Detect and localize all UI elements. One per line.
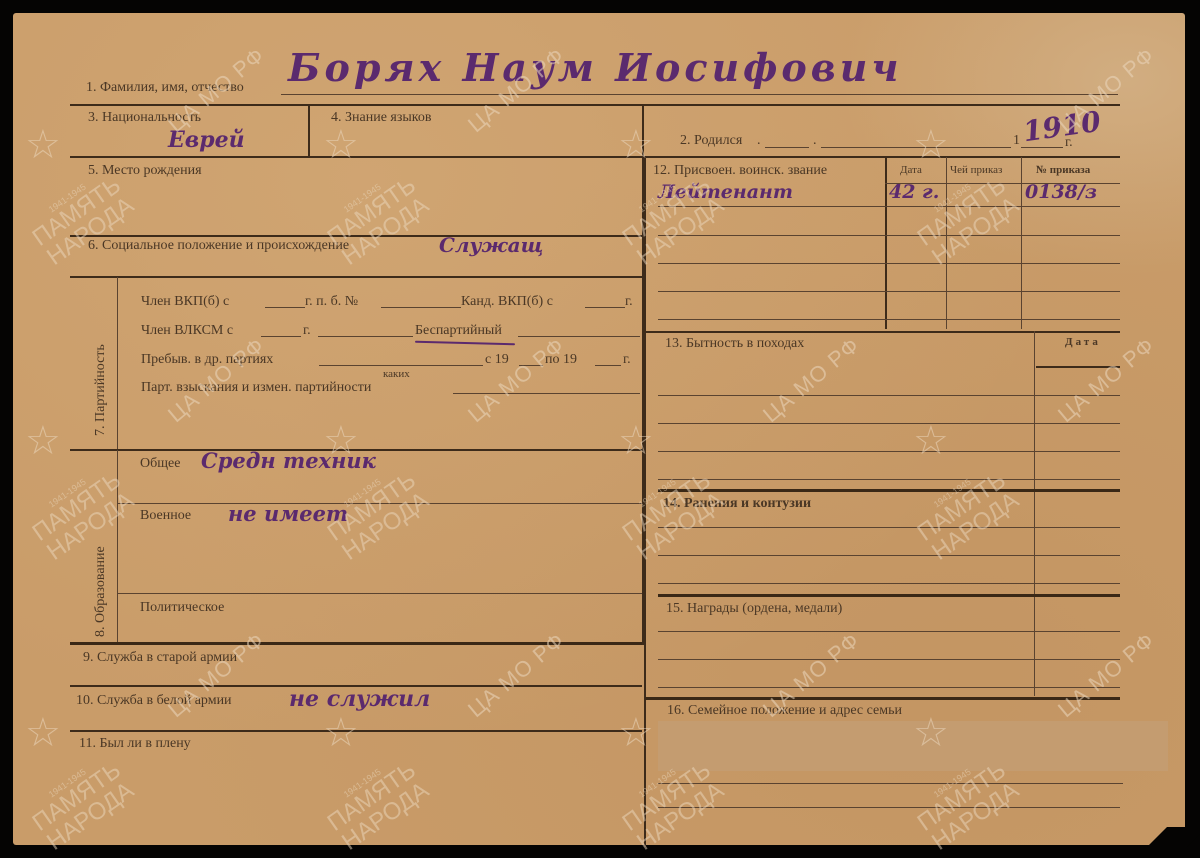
fill-line [595,365,621,366]
row-line [658,206,1120,207]
label-military-education: Военное [140,509,191,523]
fill-line [319,365,483,366]
watermark-project: 1941-1945 ПАМЯТЬ НАРОДА [318,460,434,565]
row-line [658,687,1120,688]
watermark-project: 1941-1945 ПАМЯТЬ НАРОДА [318,750,434,855]
value-order-number: 0138/з [1025,183,1097,202]
fill-line [318,336,413,337]
divider [645,697,1120,700]
watermark-archive: ЦА МО РФ [1053,42,1160,138]
col-header-order-number: № приказа [1036,165,1090,176]
fill-line [261,336,301,337]
star-icon: ☆ [323,713,359,753]
record-card: 1. Фамилия, имя, отчество Борях Наум Иос… [13,13,1185,845]
non-party-option: Беспартийный [415,324,502,338]
value-social-status: Служащ [439,235,543,255]
born-year-prefix: 1 [1013,134,1020,148]
party-member-label: Член ВКП(б) с [141,295,229,309]
row-line [658,263,1120,264]
candidate-label: Канд. ВКП(б) с [461,295,553,309]
handwritten-underline-non-party [415,341,515,346]
star-icon: ☆ [323,125,359,165]
row-line [658,451,1120,452]
watermark-project: 1941-1945 ПАМЯТЬ НАРОДА [23,750,139,855]
divider [70,104,1120,106]
name-underline [281,94,1118,95]
divider [658,594,1120,597]
divider [643,156,1120,158]
row-line [658,235,1120,236]
divider [658,489,1120,492]
watermark-archive: ЦА МО РФ [463,332,570,428]
watermark-archive: ЦА МО РФ [1053,627,1160,723]
watermark-project: 1941-1945 ПАМЯТЬ НАРОДА [23,165,139,270]
value-rank-date: 42 г. [889,183,939,202]
year-suffix: г. [625,295,633,309]
label-campaigns: 13. Бытность в походах [665,337,804,351]
star-icon: ☆ [913,713,949,753]
fill-line [518,336,640,337]
label-education-section: 8. Образование [93,546,109,637]
row-line [658,583,1120,584]
star-icon: ☆ [25,125,61,165]
date-col-divider [1034,331,1035,696]
watermark-project: 1941-1945 ПАМЯТЬ НАРОДА [908,460,1024,565]
other-parties-sublabel: каких [383,369,410,380]
row-line [658,783,1123,784]
label-captivity: 11. Был ли в плену [79,737,191,751]
fill-line [381,307,461,308]
label-awards: 15. Награды (ордена, медали) [666,602,842,616]
divider [118,593,642,594]
torn-corner [1147,827,1200,847]
row-line [658,555,1120,556]
born-day-separator: . [757,134,761,148]
label-general-education: Общее [140,457,180,471]
section-divider [117,277,118,449]
star-icon: ☆ [913,125,949,165]
label-born: 2. Родился [680,134,742,148]
from-year-label: с 19 [485,353,509,367]
value-full-name: Борях Наум Иосифович [288,49,903,87]
party-card-label: г. п. б. № [305,295,358,309]
divider [70,276,642,278]
year-suffix: г. [303,324,311,338]
row-line [658,395,1120,396]
row-line [658,319,1120,320]
star-icon: ☆ [618,421,654,461]
row-line [658,291,1120,292]
col-header-campaign-date: Дата [1065,337,1101,348]
fill-line [265,307,305,308]
label-party-section: 7. Партийность [93,344,109,436]
row-line [658,807,1120,808]
party-penalties-label: Парт. взыскания и измен. партийности [141,381,371,395]
label-social-status: 6. Социальное положение и происхождение [88,239,349,253]
value-white-army: не служил [289,688,430,710]
star-icon: ☆ [323,421,359,461]
star-icon: ☆ [913,421,949,461]
divider [645,331,1120,333]
watermark-project: 1941-1945 ПАМЯТЬ НАРОДА [613,460,729,565]
label-political-education: Политическое [140,601,224,615]
row-line [658,479,1120,480]
row-line [658,527,1120,528]
year-suffix: г. [623,353,631,367]
star-icon: ☆ [618,125,654,165]
watermark-project: 1941-1945 ПАМЯТЬ НАРОДА [23,460,139,565]
star-icon: ☆ [25,421,61,461]
divider [308,105,310,156]
row-line [658,423,1120,424]
row-line [658,659,1120,660]
star-icon: ☆ [25,713,61,753]
komsomol-label: Член ВЛКСМ с [141,324,233,338]
watermark-project: 1941-1945 ПАМЯТЬ НАРОДА [318,165,434,270]
star-icon: ☆ [618,713,654,753]
born-day-line [765,147,809,148]
fill-line [585,307,625,308]
born-month-separator: . [813,134,817,148]
row-line [658,631,1120,632]
